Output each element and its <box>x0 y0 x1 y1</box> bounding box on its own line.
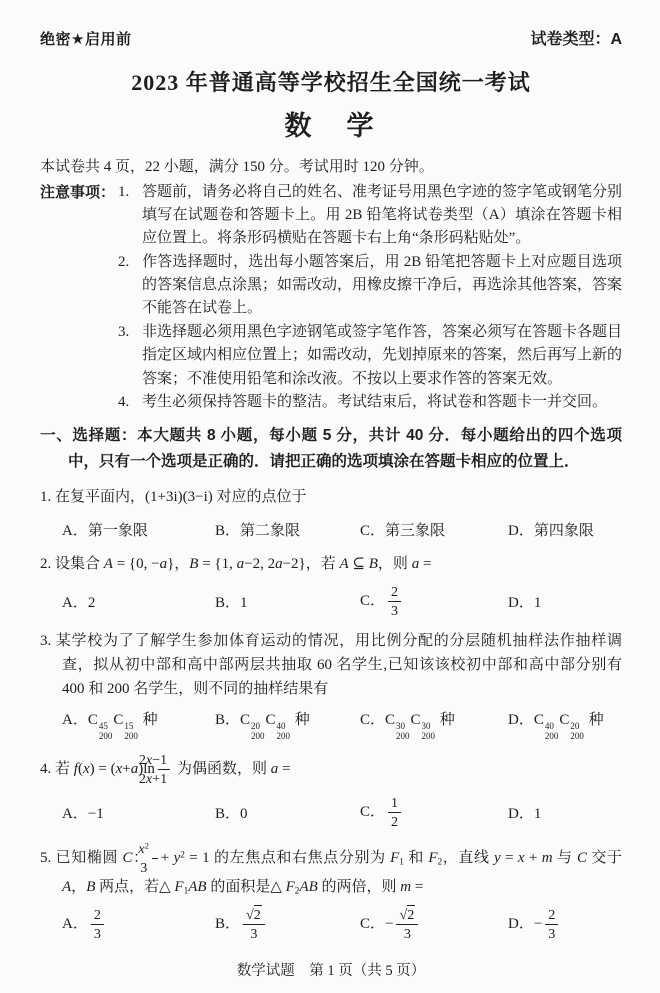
question-stem: 5. 已知椭圆 C：x23+ y2 = 1 的左焦点和右焦点分别为 F1 和 F… <box>40 841 622 900</box>
note-number: 2. <box>118 251 142 274</box>
option-c: C．第三象限 <box>360 519 508 540</box>
option-d: D．1 <box>508 802 622 823</box>
classification-label: 绝密★启用前 <box>40 28 131 49</box>
notes-label: 注意事项： <box>40 181 118 415</box>
notes-block: 注意事项： 1.答题前，请务必将自己的姓名、准考证号用黑色字迹的签字笔或钢笔分别… <box>40 181 622 415</box>
options-row: A．C45200C15200 种 B．C20200C40200 种 C．C302… <box>40 708 622 741</box>
question-1: 1. 在复平面内，(1+3i)(3−i) 对应的点位于 A．第一象限 B．第二象… <box>40 486 622 542</box>
exam-title: 2023 年普通高等学校招生全国统一考试 <box>40 66 622 97</box>
note-text: 非选择题必须用黑色字迹钢笔或签字笔作答，答案必须写在答题卡各题目指定区域内相应位… <box>142 324 622 387</box>
option-c: C．−√23 <box>360 907 508 942</box>
option-c: C．12 <box>360 795 508 830</box>
note-number: 1. <box>118 181 142 204</box>
options-row: A．23 B．√23 C．−√23 D．−23 <box>40 907 622 942</box>
options-row: A．−1 B．0 C．12 D．1 <box>40 795 622 830</box>
note-item-4: 4.考生必须保持答题卡的整洁。考试结束后，将试卷和答题卡一并交回。 <box>118 391 622 414</box>
option-b: B．第二象限 <box>215 519 360 540</box>
question-3: 3. 某学校为了了解学生参加体育运动的情况，用比例分配的分层随机抽样法作抽样调查… <box>40 630 622 741</box>
option-a: A．第一象限 <box>62 519 215 540</box>
note-item-1: 1.答题前，请务必将自己的姓名、准考证号用黑色字迹的签字笔或钢笔分别填写在试题卷… <box>118 181 622 251</box>
page-header: 绝密★启用前 试卷类型：A <box>40 26 622 49</box>
note-text: 答题前，请务必将自己的姓名、准考证号用黑色字迹的签字笔或钢笔分别填写在试题卷和答… <box>142 184 622 247</box>
option-b: B．1 <box>215 591 360 612</box>
options-row: A．第一象限 B．第二象限 C．第三象限 D．第四象限 <box>40 517 622 542</box>
note-text: 作答选择题时，选出每小题答案后，用 2B 铅笔把答题卡上对应题目选项的答案信息点… <box>142 254 622 317</box>
option-a: A．2 <box>62 591 215 612</box>
option-a: A．−1 <box>62 802 215 823</box>
option-c: C．23 <box>360 584 508 619</box>
question-5: 5. 已知椭圆 C：x23+ y2 = 1 的左焦点和右焦点分别为 F1 和 F… <box>40 841 622 943</box>
option-d: D．−23 <box>508 907 622 942</box>
option-b: B．C20200C40200 种 <box>215 708 360 741</box>
exam-page: 绝密★启用前 试卷类型：A 2023 年普通高等学校招生全国统一考试 数 学 本… <box>0 0 660 993</box>
option-a: A．C45200C15200 种 <box>62 708 215 741</box>
question-stem: 4. 若 f(x) = (x+a)ln2x−12x+1 为偶函数，则 a = <box>40 752 622 787</box>
note-text: 考生必须保持答题卡的整洁。考试结束后，将试卷和答题卡一并交回。 <box>142 394 607 410</box>
option-d: D．C40200C20200 种 <box>508 708 622 741</box>
note-number: 3. <box>118 321 142 344</box>
page-footer: 数学试题 第 1 页（共 5 页） <box>40 959 622 980</box>
question-stem: 3. 某学校为了了解学生参加体育运动的情况，用比例分配的分层随机抽样法作抽样调查… <box>40 630 622 701</box>
options-row: A．2 B．1 C．23 D．1 <box>40 584 622 619</box>
paper-type-label: 试卷类型：A <box>530 26 622 49</box>
exam-info-line: 本试卷共 4 页，22 小题，满分 150 分。考试用时 120 分钟。 <box>40 156 622 179</box>
question-stem: 1. 在复平面内，(1+3i)(3−i) 对应的点位于 <box>40 486 622 510</box>
section-heading: 一、选择题：本大题共 8 小题，每小题 5 分，共计 40 分．每小题给出的四个… <box>40 423 622 475</box>
option-d: D．1 <box>508 591 622 612</box>
option-a: A．23 <box>62 907 215 942</box>
option-b: B．0 <box>215 802 360 823</box>
question-stem: 2. 设集合 A = {0, −a}，B = {1, a−2, 2a−2}，若 … <box>40 553 622 577</box>
subject-title: 数 学 <box>40 104 622 143</box>
note-item-3: 3.非选择题必须用黑色字迹钢笔或签字笔作答，答案必须写在答题卡各题目指定区域内相… <box>118 321 622 391</box>
option-b: B．√23 <box>215 907 360 942</box>
option-c: C．C30200C30200 种 <box>360 708 508 741</box>
option-d: D．第四象限 <box>508 519 622 540</box>
question-2: 2. 设集合 A = {0, −a}，B = {1, a−2, 2a−2}，若 … <box>40 553 622 619</box>
question-4: 4. 若 f(x) = (x+a)ln2x−12x+1 为偶函数，则 a = A… <box>40 752 622 830</box>
notes-body: 1.答题前，请务必将自己的姓名、准考证号用黑色字迹的签字笔或钢笔分别填写在试题卷… <box>118 181 622 415</box>
note-item-2: 2.作答选择题时，选出每小题答案后，用 2B 铅笔把答题卡上对应题目选项的答案信… <box>118 251 622 321</box>
note-number: 4. <box>118 391 142 414</box>
